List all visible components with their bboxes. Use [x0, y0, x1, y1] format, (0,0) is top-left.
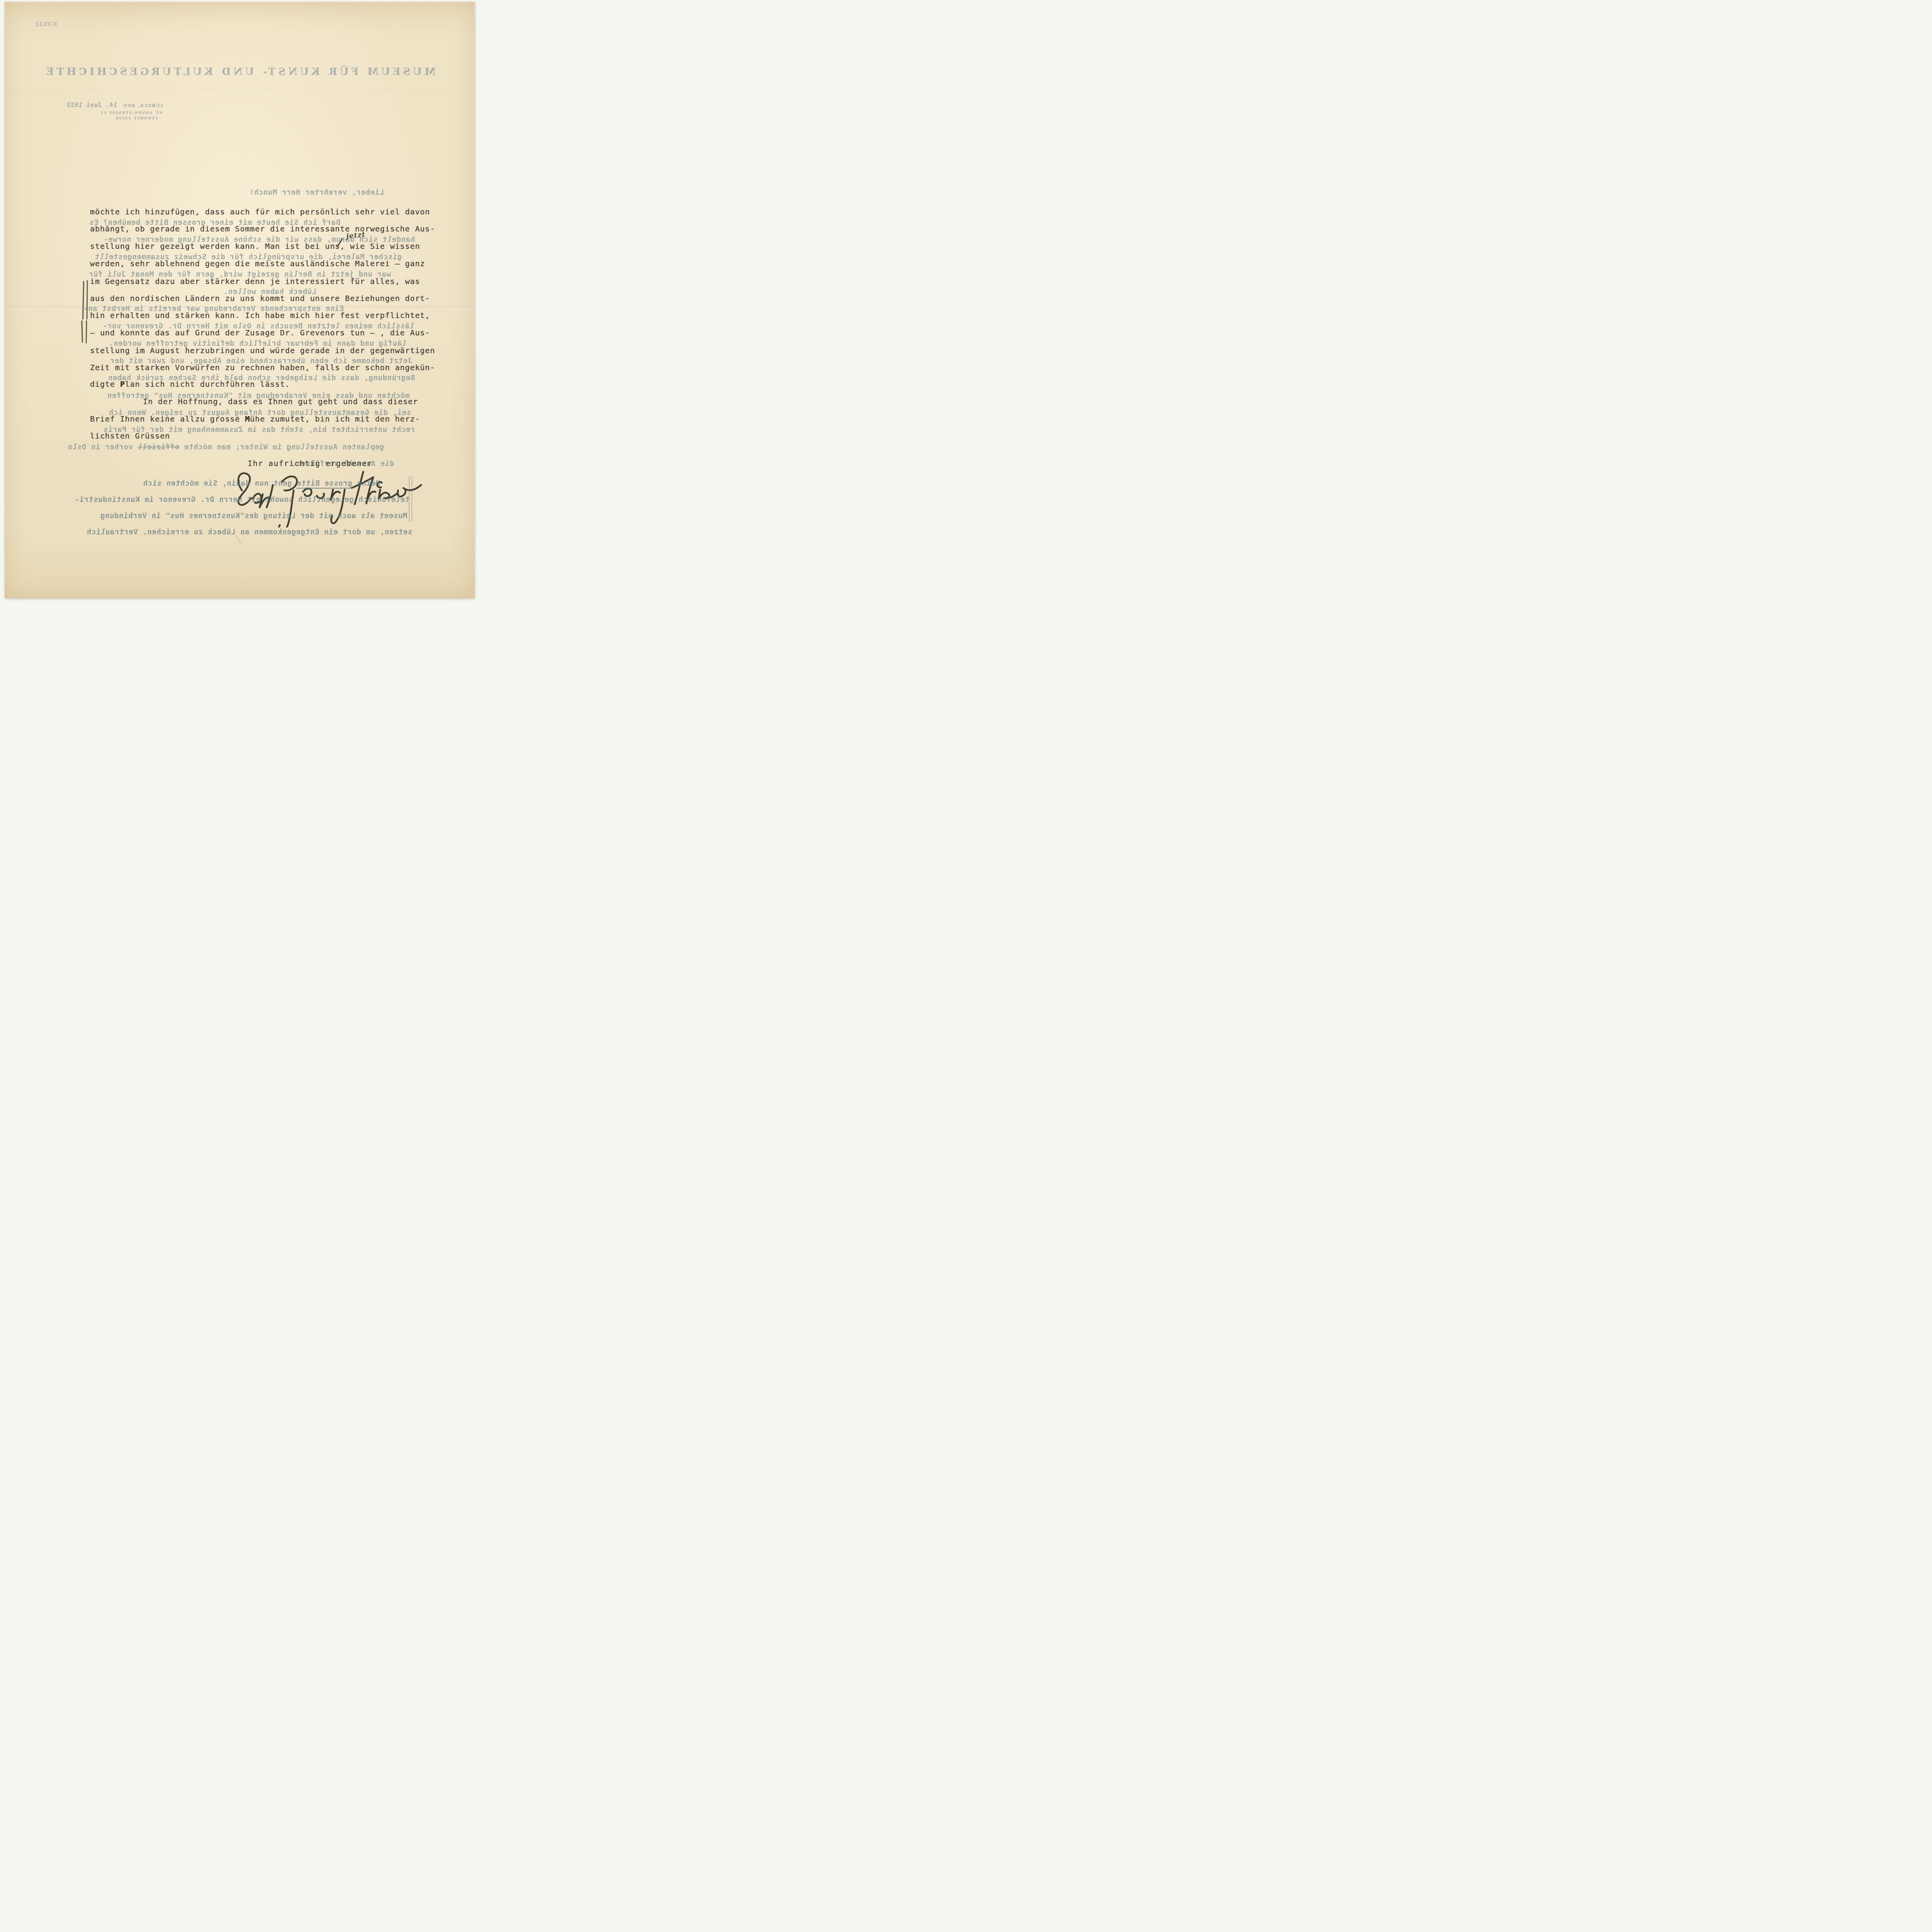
bleedthrough-line: Lübeck haben wollen.: [223, 287, 316, 296]
bleedthrough-line: war und jetzt in Berlin gezeigt wird, ge…: [88, 270, 391, 279]
bleedthrough-line: setzen, um dort ein Entgegenkommen an Lü…: [87, 528, 412, 536]
bleedthrough-line: läufig und dann im Februar brieflich def…: [109, 339, 407, 348]
margin-mark-left-stroke: [86, 320, 87, 344]
bleedthrough-line: recht unterrichtet bin, steht das im Zus…: [103, 425, 415, 434]
dateblock-bleedthrough: LÜBECK, DEN 14. Juni 1933 ST. ANNEN-STRA…: [53, 102, 163, 121]
margin-mark-left-stroke: [86, 280, 88, 320]
bleedthrough-line: Begründung, dass die Leihgeber schon bal…: [108, 374, 415, 382]
fold-crease-top: [5, 90, 474, 90]
bleedthrough-line: Jetzt bekomme ich eben überraschend eine…: [110, 357, 412, 365]
bleedthrough-line: gischer Malerei, die ursprünglich für di…: [95, 253, 402, 261]
struck-word: offiziell: [138, 443, 179, 451]
bleedthrough-line: Eine entsprechende Verabredung war berei…: [83, 304, 344, 313]
salutation-bleedthrough: Lieber, verehrter Herr Munch!: [249, 188, 384, 197]
bleedthrough-line-strikethrough: geplanten Ausstellung im Winter; man möc…: [68, 443, 384, 451]
bleedthrough-line: Darf ich Sie heute mit einer grossen Bit…: [89, 218, 340, 227]
letterhead-phone: FERNRUF 23356: [53, 116, 158, 121]
margin-mark-right-stroke: [409, 476, 410, 522]
letter-paper: K3932 MUSEUM FÜR KUNST- UND KULTURGESCHI…: [5, 2, 474, 598]
bleedthrough-line: telefonisch gelegentlich sowohl mit Herr…: [75, 495, 410, 504]
ghost-text: geht nun dahin, Sie möchten sich: [143, 479, 296, 488]
bleedthrough-line: Museet als auch mit der Leitung des"Kuns…: [100, 512, 407, 520]
margin-mark-left-stroke: [82, 281, 84, 320]
bleedthrough-line: sei, die Gesamtausstellung dort Anfang A…: [109, 408, 411, 417]
letterhead-bleedthrough: MUSEUM FÜR KUNST- UND KULTURGESCHICHTE: [5, 66, 474, 78]
scanned-letter: K3932 MUSEUM FÜR KUNST- UND KULTURGESCHI…: [0, 0, 479, 607]
letter-date: 14. Juni 1933: [67, 102, 117, 109]
bleedthrough-line-underline: Meine grosse Bitte geht nun dahin, Sie m…: [143, 479, 380, 488]
pencil-archive-code: K3932: [35, 21, 57, 28]
bleedthrough-line: handelt sich darum, dass wir die schöne …: [103, 235, 415, 244]
bleedthrough-line: lässlich meines letzten Besuchs in Oslo …: [102, 322, 414, 330]
ghost-text: geplanten Ausstellung im Winter; man möc…: [179, 443, 384, 451]
bleedthrough-line: möchten und dass eine Verabredung mit "K…: [107, 391, 410, 400]
letterhead-city-line: LÜBECK, DEN: [122, 103, 163, 108]
ghost-text: vorher in Oslo: [68, 443, 138, 451]
underlined-words: grosse Bitte: [296, 479, 352, 489]
margin-mark-right-stroke: [412, 476, 412, 522]
margin-mark-left-stroke: [81, 320, 83, 343]
typed-line: möchte ich hinzufügen, dass auch für mic…: [90, 207, 430, 216]
ghost-text: Meine: [352, 479, 380, 488]
letterhead-address: ST. ANNEN-STRASSE 11: [53, 111, 162, 115]
